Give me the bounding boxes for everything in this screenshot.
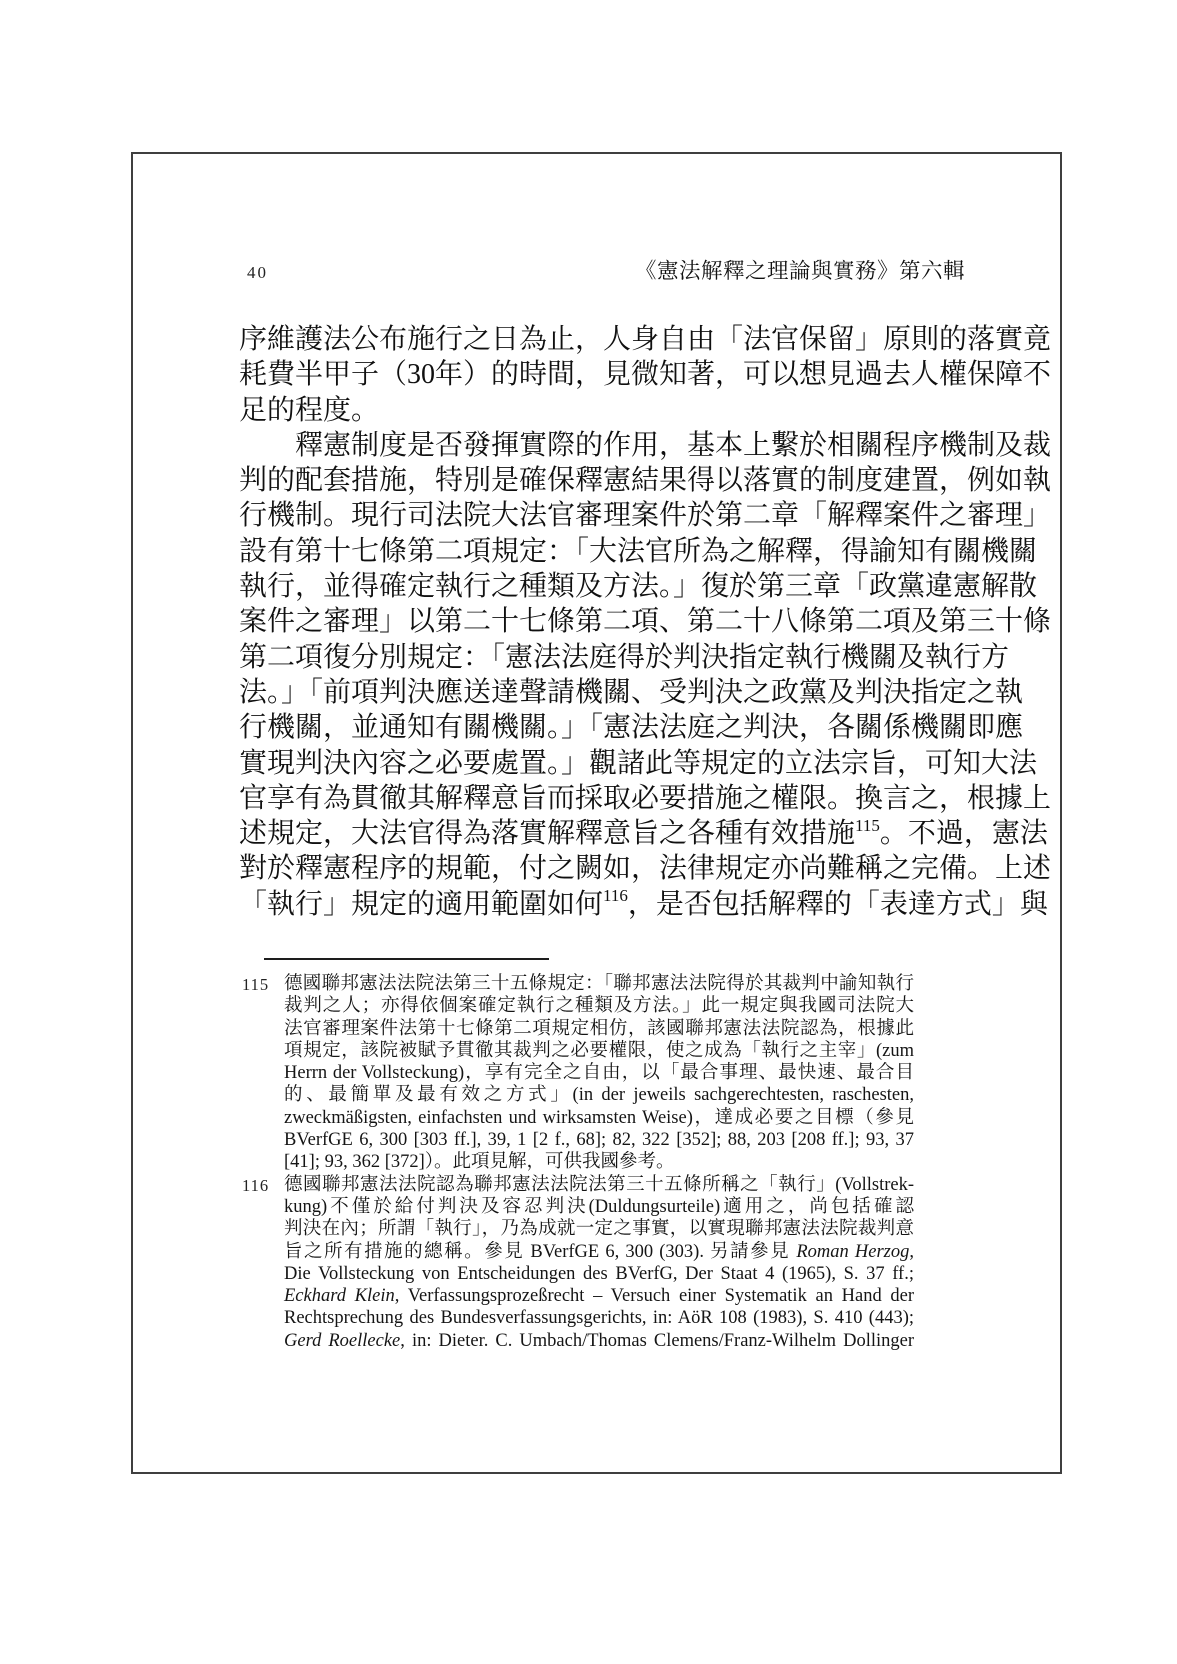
body-line: 設有第十七條第二項規定：「大法官所為之解釋，得諭知有關機關 [239, 534, 967, 569]
footnote-line-text: , [909, 1242, 914, 1262]
footnote-115: 115 德國聯邦憲法法院法第三十五條規定：「聯邦憲法法院得於其裁判中諭知執行 裁… [242, 973, 922, 1174]
body-line: 法。」「前項判決應送達聲請機關、受判決之政黨及判決指定之執 [239, 675, 967, 710]
footnote-line: Die Vollsteckung von Entscheidungen des … [284, 1263, 914, 1285]
body-line: 官享有為貫徹其解釋意旨而採取必要措施之權限。換言之，根據上 [239, 781, 967, 816]
footnote-ref-116: 116 [603, 886, 628, 905]
body-line-text: 述規定，大法官得為落實解釋意旨之各種有效措施 [239, 818, 855, 849]
main-text: 序維護法公布施行之日為止，人身自由「法官保留」原則的落實竟 耗費半甲子（30年）… [239, 322, 967, 922]
footnote-line-text: 旨之所有措施的總稱。參見 BVerfGE 6, 300 (303). 另請參見 [284, 1242, 796, 1262]
footnote-line: Eckhard Klein, Verfassungsprozeßrecht – … [284, 1285, 914, 1307]
footnote-line-text: , in: Dieter. C. Umbach/Thomas Clemens/F… [400, 1331, 914, 1351]
footnote-line: [41]; 93, 362 [372]）。此項見解，可供我國參考。 [284, 1151, 914, 1173]
footnote-number: 115 [242, 973, 284, 1174]
page-header: 40 《憲法解釋之理論與實務》第六輯 [239, 254, 965, 285]
footnote-line: 判決在內；所謂「執行」，乃為成就一定之事實，以實現聯邦憲法法院裁判意 [284, 1218, 914, 1240]
footnote-line: Herrn der Vollsteckung)，享有完全之自由，以「最合事理、最… [284, 1062, 914, 1084]
footnote-line: zweckmäßigsten, einfachsten und wirksams… [284, 1107, 914, 1129]
body-line-text: 「執行」規定的適用範圍如何 [239, 889, 603, 920]
footnote-line: 的、最簡單及最有效之方式」(in der jeweils sachgerecht… [284, 1084, 914, 1106]
author-name: Eckhard Klein [284, 1286, 395, 1306]
footnote-number: 116 [242, 1174, 284, 1352]
footnote-separator [264, 958, 549, 960]
body-line: 述規定，大法官得為落實解釋意旨之各種有效措施115。不過，憲法 [239, 816, 967, 851]
footnote-line: 項規定，該院被賦予貫徹其裁判之必要權限，使之成為「執行之主宰」(zum [284, 1040, 914, 1062]
footnote-line-text: , Verfassungsprozeßrecht – Versuch einer… [395, 1286, 914, 1306]
body-line: 實現判決內容之必要處置。」觀諸此等規定的立法宗旨，可知大法 [239, 746, 967, 781]
footnote-ref-115: 115 [855, 816, 880, 835]
body-line: 判的配套措施，特別是確保釋憲結果得以落實的制度建置，例如執 [239, 463, 967, 498]
footnote-text: 德國聯邦憲法法院法第三十五條規定：「聯邦憲法法院得於其裁判中諭知執行 裁判之人；… [284, 973, 914, 1174]
footnote-line: 德國聯邦憲法法院認為聯邦憲法法院法第三十五條所稱之「執行」(Vollstrek- [284, 1174, 914, 1196]
body-line: 對於釋憲程序的規範，付之闕如，法律規定亦尚難稱之完備。上述 [239, 851, 967, 886]
footnote-line: Rechtsprechung des Bundesverfassungsgeri… [284, 1307, 914, 1329]
footnote-line: 旨之所有措施的總稱。參見 BVerfGE 6, 300 (303). 另請參見 … [284, 1241, 914, 1263]
body-line: 釋憲制度是否發揮實際的作用，基本上繫於相關程序機制及裁 [239, 428, 967, 463]
footnotes-section: 115 德國聯邦憲法法院法第三十五條規定：「聯邦憲法法院得於其裁判中諭知執行 裁… [242, 973, 922, 1352]
footnote-line: 法官審理案件法第十七條第二項規定相仿，該國聯邦憲法法院認為，根據此 [284, 1018, 914, 1040]
scan-background: 40 《憲法解釋之理論與實務》第六輯 序維護法公布施行之日為止，人身自由「法官保… [0, 0, 1177, 1664]
body-line: 執行，並得確定執行之種類及方法。」復於第三章「政黨違憲解散 [239, 569, 967, 604]
footnote-line: kung)不僅於給付判決及容忍判決(Duldungsurteile)適用之，尚包… [284, 1196, 914, 1218]
body-line: 「執行」規定的適用範圍如何116，是否包括解釋的「表達方式」與 [239, 887, 967, 922]
body-line: 耗費半甲子（30年）的時間，見微知著，可以想見過去人權保障不 [239, 357, 967, 392]
footnote-line: 德國聯邦憲法法院法第三十五條規定：「聯邦憲法法院得於其裁判中諭知執行 [284, 973, 914, 995]
body-line: 行機制。現行司法院大法官審理案件於第二章「解釋案件之審理」 [239, 498, 967, 533]
author-name: Roman Herzog [796, 1242, 909, 1262]
footnote-line: Gerd Roellecke, in: Dieter. C. Umbach/Th… [284, 1330, 914, 1352]
book-title: 《憲法解釋之理論與實務》第六輯 [635, 254, 965, 285]
body-line: 行機關，並通知有關機關。」「憲法法庭之判決，各關係機關即應 [239, 710, 967, 745]
body-line-text: ，是否包括解釋的「表達方式」與 [628, 889, 1048, 920]
body-line: 案件之審理」以第二十七條第二項、第二十八條第二項及第三十條 [239, 604, 967, 639]
author-name: Gerd Roellecke [284, 1331, 400, 1351]
book-page: 40 《憲法解釋之理論與實務》第六輯 序維護法公布施行之日為止，人身自由「法官保… [131, 152, 1062, 1474]
body-line: 序維護法公布施行之日為止，人身自由「法官保留」原則的落實竟 [239, 322, 967, 357]
footnote-116: 116 德國聯邦憲法法院認為聯邦憲法法院法第三十五條所稱之「執行」(Vollst… [242, 1174, 922, 1352]
footnote-text: 德國聯邦憲法法院認為聯邦憲法法院法第三十五條所稱之「執行」(Vollstrek-… [284, 1174, 914, 1352]
body-line: 足的程度。 [239, 393, 967, 428]
body-line-text: 。不過，憲法 [880, 818, 1048, 849]
page-number: 40 [239, 263, 268, 283]
footnote-line: 裁判之人；亦得依個案確定執行之種類及方法。」此一規定與我國司法院大 [284, 995, 914, 1017]
body-line: 第二項復分別規定：「憲法法庭得於判決指定執行機關及執行方 [239, 640, 967, 675]
footnote-line: BVerfGE 6, 300 [303 ff.], 39, 1 [2 f., 6… [284, 1129, 914, 1151]
